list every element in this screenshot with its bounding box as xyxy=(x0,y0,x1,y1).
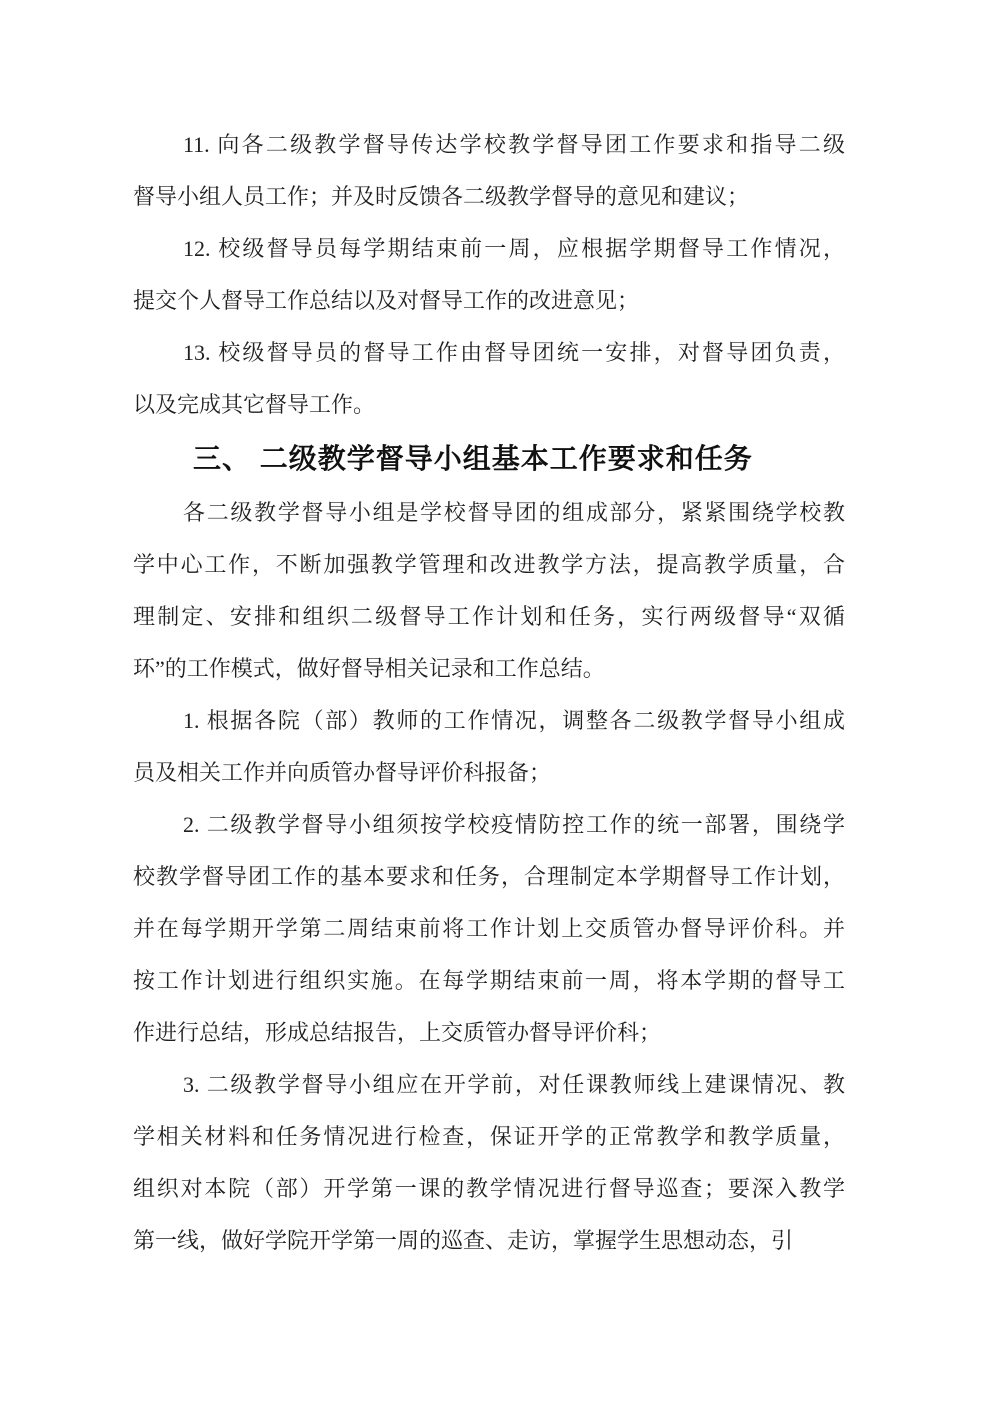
text-line: 13. 校级督导员的督导工作由督导团统一安排，对督导团负责， xyxy=(133,327,845,379)
text-line: 2. 二级教学督导小组须按学校疫情防控工作的统一部署，围绕学 xyxy=(133,799,845,851)
document-body: 11. 向各二级教学督导传达学校教学督导团工作要求和指导二级督导小组人员工作；并… xyxy=(133,119,845,1267)
paragraph: 12. 校级督导员每学期结束前一周，应根据学期督导工作情况，提交个人督导工作总结… xyxy=(133,223,845,327)
text-line: 校教学督导团工作的基本要求和任务，合理制定本学期督导工作计划， xyxy=(133,851,845,903)
text-line: 3. 二级教学督导小组应在开学前，对任课教师线上建课情况、教 xyxy=(133,1059,845,1111)
text-line: 学中心工作，不断加强教学管理和改进教学方法，提高教学质量，合 xyxy=(133,539,845,591)
text-line: 按工作计划进行组织实施。在每学期结束前一周，将本学期的督导工 xyxy=(133,955,845,1007)
text-line: 1. 根据各院（部）教师的工作情况，调整各二级教学督导小组成 xyxy=(133,695,845,747)
paragraph: 1. 根据各院（部）教师的工作情况，调整各二级教学督导小组成员及相关工作并向质管… xyxy=(133,695,845,799)
text-line: 11. 向各二级教学督导传达学校教学督导团工作要求和指导二级 xyxy=(133,119,845,171)
paragraph: 3. 二级教学督导小组应在开学前，对任课教师线上建课情况、教学相关材料和任务情况… xyxy=(133,1059,845,1267)
paragraph: 13. 校级督导员的督导工作由督导团统一安排，对督导团负责，以及完成其它督导工作… xyxy=(133,327,845,431)
paragraph: 2. 二级教学督导小组须按学校疫情防控工作的统一部署，围绕学校教学督导团工作的基… xyxy=(133,799,845,1059)
text-line: 环”的工作模式，做好督导相关记录和工作总结。 xyxy=(133,643,845,695)
text-line: 提交个人督导工作总结以及对督导工作的改进意见； xyxy=(133,275,845,327)
text-line: 员及相关工作并向质管办督导评价科报备； xyxy=(133,747,845,799)
paragraph: 11. 向各二级教学督导传达学校教学督导团工作要求和指导二级督导小组人员工作；并… xyxy=(133,119,845,223)
text-line: 并在每学期开学第二周结束前将工作计划上交质管办督导评价科。并 xyxy=(133,903,845,955)
document-page: 11. 向各二级教学督导传达学校教学督导团工作要求和指导二级督导小组人员工作；并… xyxy=(0,0,992,1403)
text-line: 12. 校级督导员每学期结束前一周，应根据学期督导工作情况， xyxy=(133,223,845,275)
text-line: 组织对本院（部）开学第一课的教学情况进行督导巡查；要深入教学 xyxy=(133,1163,845,1215)
section-heading: 三、 二级教学督导小组基本工作要求和任务 xyxy=(133,431,845,487)
text-line: 学相关材料和任务情况进行检查，保证开学的正常教学和教学质量， xyxy=(133,1111,845,1163)
text-line: 各二级教学督导小组是学校督导团的组成部分，紧紧围绕学校教 xyxy=(133,487,845,539)
text-line: 作进行总结，形成总结报告，上交质管办督导评价科； xyxy=(133,1007,845,1059)
text-line: 理制定、安排和组织二级督导工作计划和任务，实行两级督导“双循 xyxy=(133,591,845,643)
text-line: 以及完成其它督导工作。 xyxy=(133,379,845,431)
text-line: 第一线，做好学院开学第一周的巡查、走访，掌握学生思想动态，引 xyxy=(133,1215,845,1267)
paragraph: 各二级教学督导小组是学校督导团的组成部分，紧紧围绕学校教学中心工作，不断加强教学… xyxy=(133,487,845,695)
text-line: 督导小组人员工作；并及时反馈各二级教学督导的意见和建议； xyxy=(133,171,845,223)
